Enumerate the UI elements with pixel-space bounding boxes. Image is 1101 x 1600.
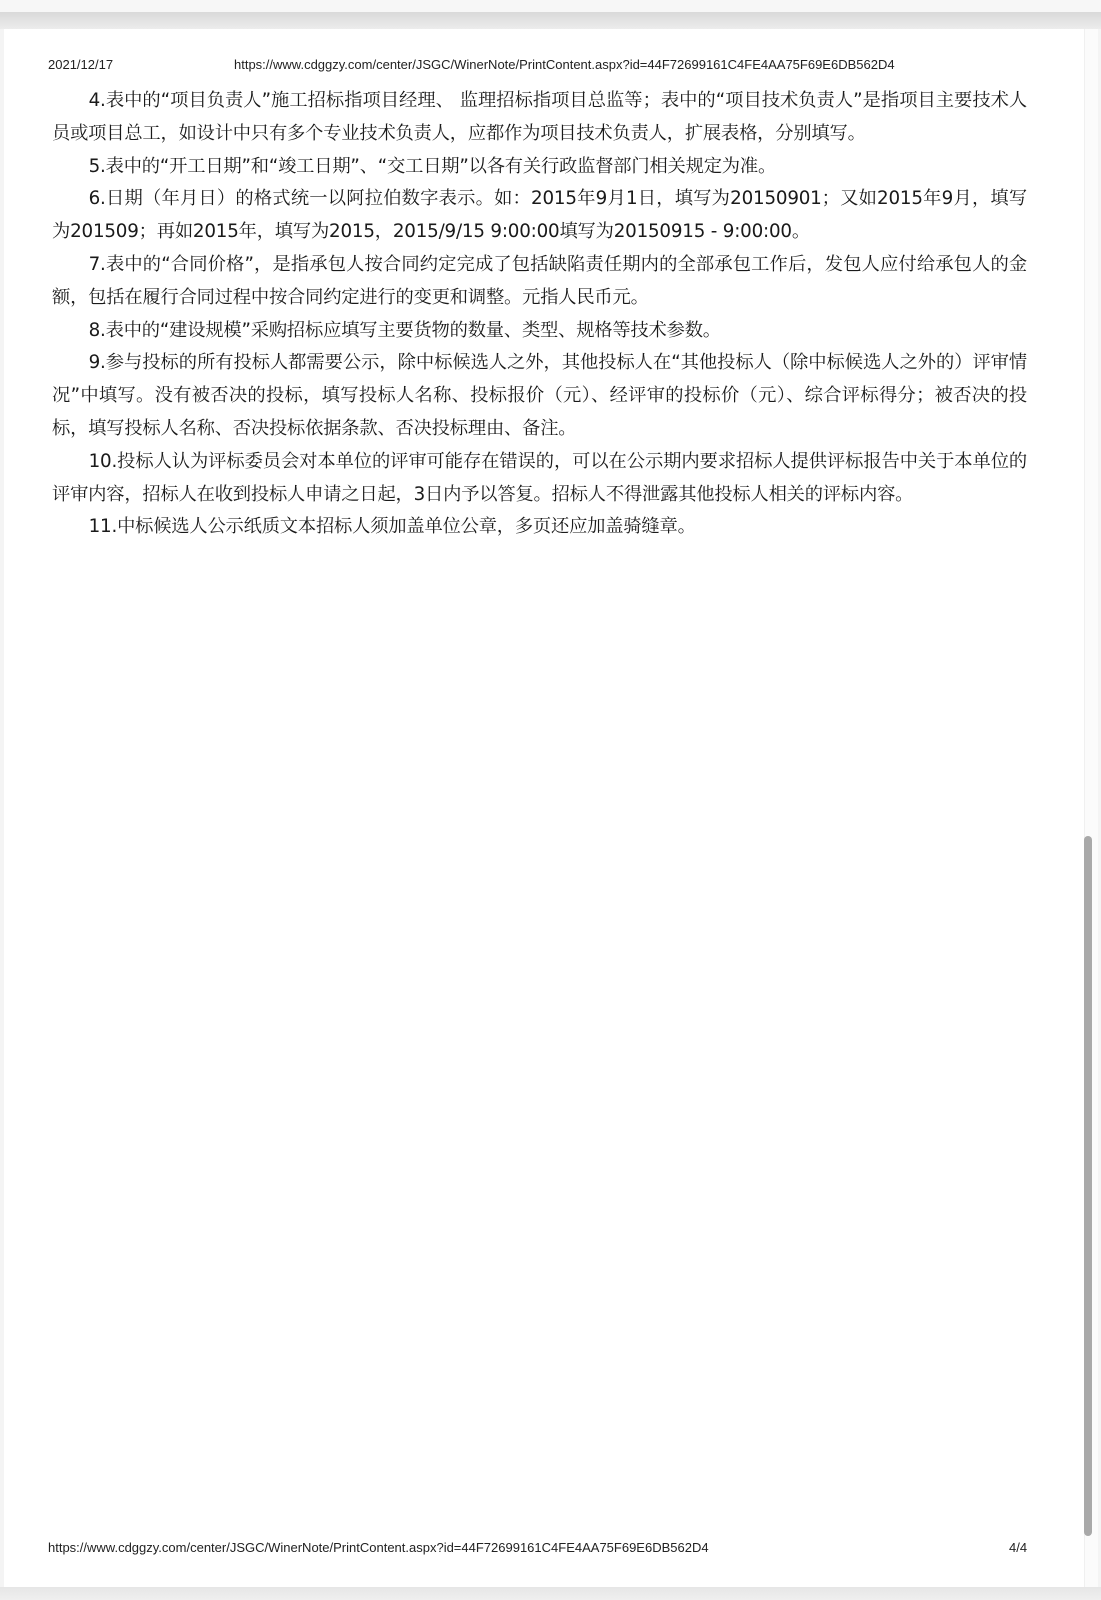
note-item-5: 5.表中的“开工日期”和“竣工日期”、“交工日期”以各有关行政监督部门相关规定为… <box>52 151 1027 184</box>
document-body: 4.表中的“项目负责人”施工招标指项目经理、 监理招标指项目总监等；表中的“项目… <box>52 85 1027 544</box>
viewer-top-band <box>0 0 1101 12</box>
note-item-4: 4.表中的“项目负责人”施工招标指项目经理、 监理招标指项目总监等；表中的“项目… <box>52 85 1027 151</box>
scrollbar-thumb[interactable] <box>1084 836 1092 1536</box>
note-item-10: 10.投标人认为评标委员会对本单位的评审可能存在错误的，可以在公示期内要求招标人… <box>52 446 1027 512</box>
print-page-number: 4/4 <box>1009 1540 1027 1556</box>
note-item-7: 7.表中的“合同价格”，是指承包人按合同约定完成了包括缺陷责任期内的全部承包工作… <box>52 249 1027 315</box>
print-footer-url: https://www.cdggzy.com/center/JSGC/Winer… <box>48 1540 709 1556</box>
page-top-shadow <box>0 12 1101 29</box>
print-header-date: 2021/12/17 <box>48 57 113 73</box>
viewer-bottom-band <box>0 1587 1101 1600</box>
note-item-11: 11.中标候选人公示纸质文本招标人须加盖单位公章，多页还应加盖骑缝章。 <box>52 511 1027 544</box>
note-item-8: 8.表中的“建设规模”采购招标应填写主要货物的数量、类型、规格等技术参数。 <box>52 315 1027 348</box>
note-item-6: 6.日期（年月日）的格式统一以阿拉伯数字表示。如：2015年9月1日，填写为20… <box>52 183 1027 249</box>
note-item-9: 9.参与投标的所有投标人都需要公示，除中标候选人之外，其他投标人在“其他投标人（… <box>52 347 1027 445</box>
print-header-url: https://www.cdggzy.com/center/JSGC/Winer… <box>234 57 895 73</box>
